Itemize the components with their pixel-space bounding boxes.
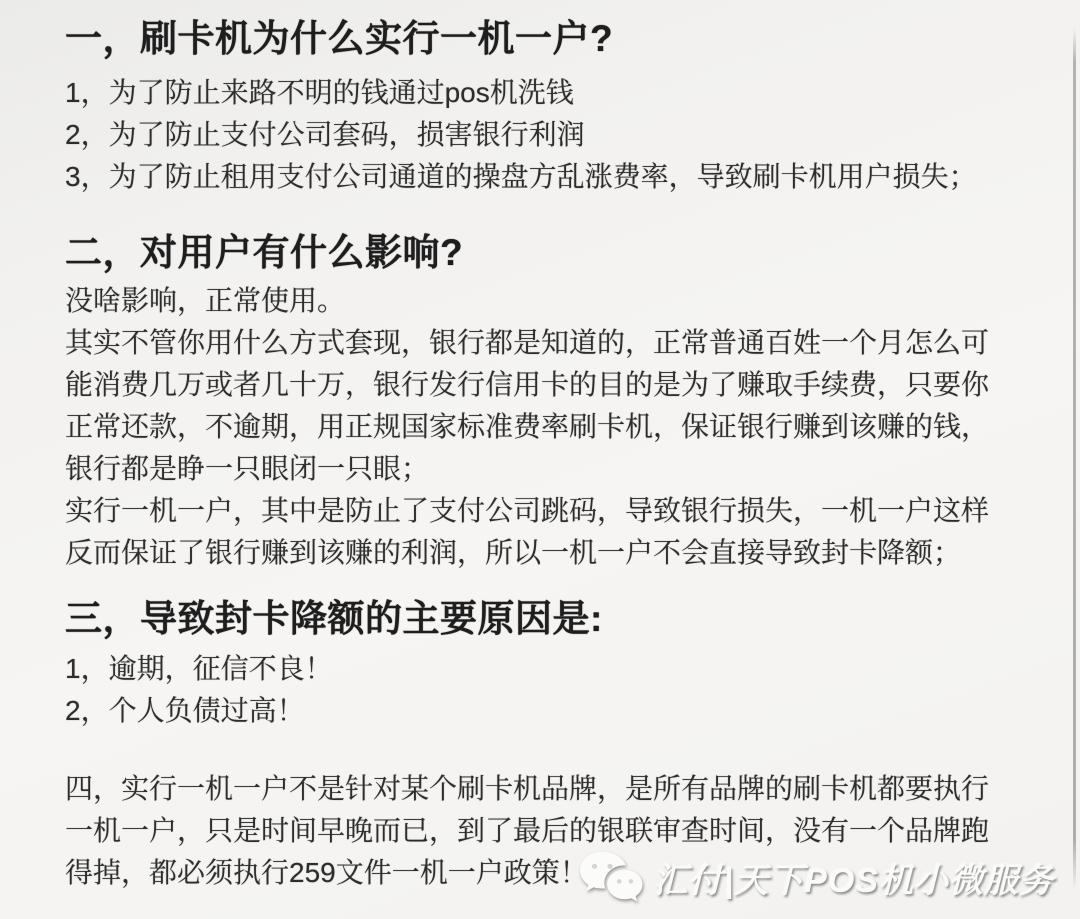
section3-heading: 三，导致封卡降额的主要原因是: [65, 596, 1005, 642]
section1-item-1: 1，为了防止来路不明的钱通过pos机洗钱 [65, 72, 1005, 114]
article-body: 一，刷卡机为什么实行一机一户? 1，为了防止来路不明的钱通过pos机洗钱 2，为… [65, 16, 1005, 894]
section1-heading: 一，刷卡机为什么实行一机一户? [65, 16, 1005, 62]
section1-item-3: 3，为了防止租用支付公司通道的操盘方乱涨费率，导致刷卡机用户损失； [65, 156, 1005, 198]
page-edge-line [1073, 28, 1076, 890]
section4-paragraph: 四，实行一机一户不是针对某个刷卡机品牌，是所有品牌的刷卡机都要执行一机一户，只是… [65, 768, 1005, 894]
section2-paragraph-1: 没啥影响，正常使用。 [65, 280, 1005, 322]
section2-paragraph-3: 实行一机一户，其中是防止了支付公司跳码，导致银行损失，一机一户这样反而保证了银行… [65, 490, 1005, 574]
section3-items: 1，逾期，征信不良！ 2，个人负债过高！ [65, 648, 1005, 732]
section1-item-2: 2，为了防止支付公司套码，损害银行利润 [65, 114, 1005, 156]
section2-paragraphs: 没啥影响，正常使用。 其实不管你用什么方式套现，银行都是知道的，正常普通百姓一个… [65, 280, 1005, 574]
section2-paragraph-2: 其实不管你用什么方式套现，银行都是知道的，正常普通百姓一个月怎么可能消费几万或者… [65, 322, 1005, 490]
section3-item-2: 2，个人负债过高！ [65, 690, 1005, 732]
article-screenshot: { "page": { "background": "#f3f2f0", "te… [0, 0, 1080, 919]
section3-item-1: 1，逾期，征信不良！ [65, 648, 1005, 690]
section2-heading: 二，对用户有什么影响? [65, 230, 1005, 276]
